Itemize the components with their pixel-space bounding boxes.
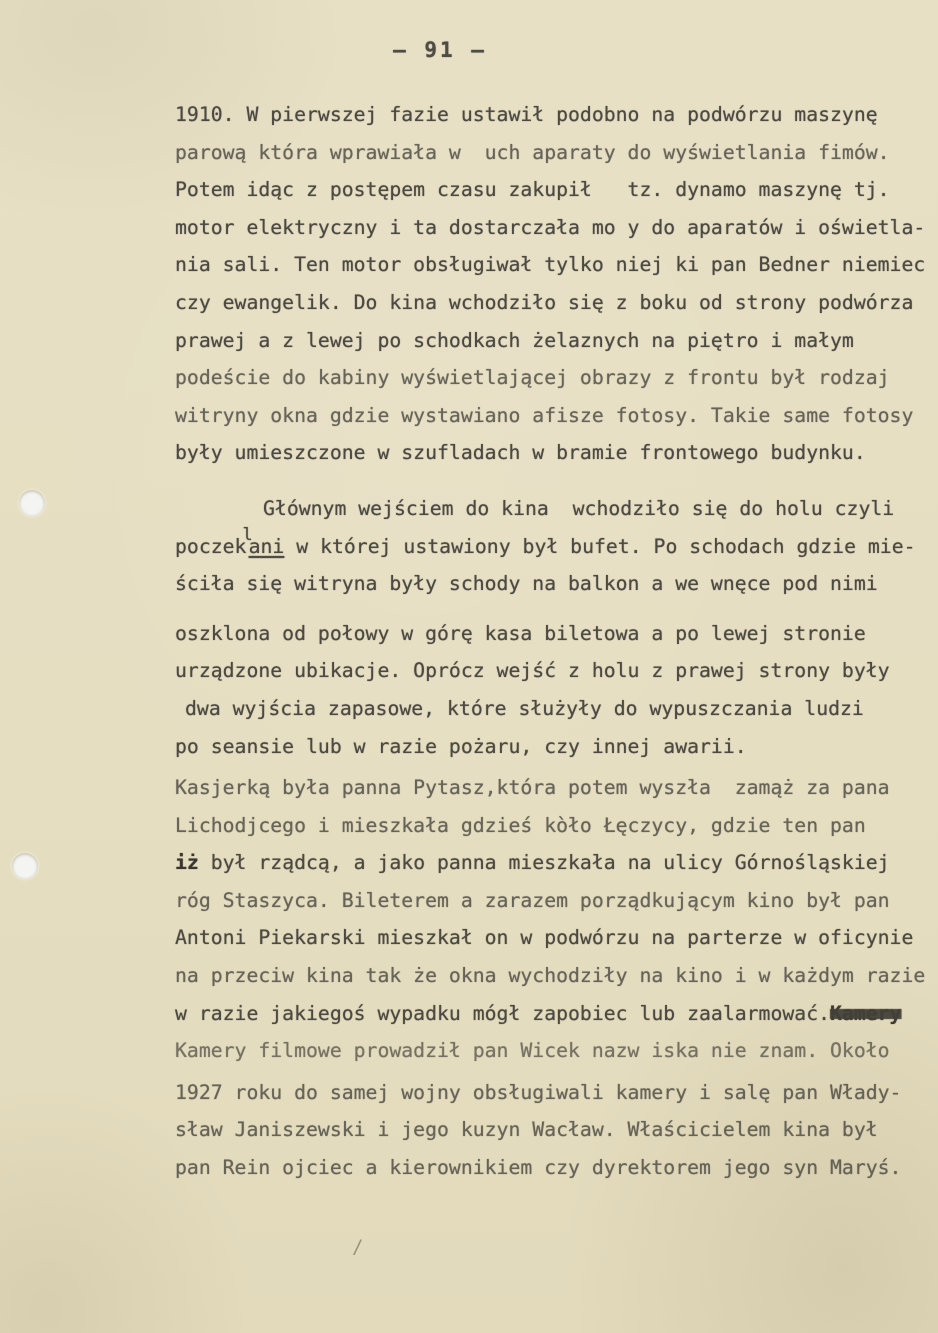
text-line: Lichodjcego i mieszkała gdzieś kòło Łęcz… — [175, 814, 921, 852]
text-line: urządzone ubikacje. Oprócz wejść z holu … — [175, 659, 921, 697]
text-line: Głównym wejściem do kina wchodziło się d… — [175, 497, 921, 535]
struck-word: Kamery — [830, 1002, 901, 1025]
text-line: po seansie lub w razie pożaru, czy innej… — [175, 735, 921, 773]
line-prefix: w razie jakiegoś wypadku mógł zapobiec l… — [175, 1002, 830, 1025]
text-line: motor elektryczny i ta dostarczała mo y … — [175, 216, 921, 254]
text-line: były umieszczone w szufladach w bramie f… — [175, 441, 921, 479]
text-line: róg Staszyca. Bileterem a zarazem porząd… — [175, 889, 921, 927]
hole-punch-bottom — [12, 853, 38, 879]
text-line: 1910. W pierwszej fazie ustawił podobno … — [175, 103, 921, 141]
scanned-typewritten-page: – 91 – 1910. W pierwszej fazie ustawił p… — [0, 0, 938, 1333]
page-number: – 91 – — [0, 38, 880, 62]
text-line: Potem idąc z postępem czasu zakupił tz. … — [175, 178, 921, 216]
text-line: nia sali. Ten motor obsługiwał tylko nie… — [175, 253, 921, 291]
typed-text-body: 1910. W pierwszej fazie ustawił podobno … — [175, 103, 921, 1194]
text-line: prawej a z lewej po schodkach żelaznych … — [175, 329, 921, 367]
text-line: oszklona od połowy w górę kasa biletowa … — [175, 622, 921, 660]
text-line: Kamery filmowe prowadził pan Wicek nazw … — [175, 1039, 921, 1077]
text-line: dwa wyjścia zapasowe, które służyły do w… — [175, 697, 921, 735]
inserted-letter: l — [242, 524, 252, 544]
text-line: parową która wprawiała w uch aparaty do … — [175, 141, 921, 179]
line-remainder: był rządcą, a jako panna mieszkała na ul… — [199, 851, 890, 874]
text-line: ściła się witryna były schody na balkon … — [175, 572, 921, 610]
text-line: na przeciw kina tak że okna wychodziły n… — [175, 964, 921, 1002]
text-line-with-insertion: poczeklani w której ustawiony był bufet.… — [175, 535, 921, 573]
word-prefix: poczek — [175, 535, 246, 558]
text-line: pan Rein ojciec a kierownikiem czy dyrek… — [175, 1156, 921, 1194]
text-line-with-correction: iż był rządcą, a jako panna mieszkała na… — [175, 851, 921, 889]
text-line: czy ewangelik. Do kina wchodziło się z b… — [175, 291, 921, 329]
overtyped-word: iż — [175, 851, 199, 874]
text-line: witryny okna gdzie wystawiano afisze fot… — [175, 404, 921, 442]
line-remainder: w której ustawiony był bufet. Po schodac… — [284, 535, 915, 558]
text-line: Kasjerką była panna Pytasz,która potem w… — [175, 776, 921, 814]
text-line: Antoni Piekarski mieszkał on w podwórzu … — [175, 926, 921, 964]
hole-punch-top — [19, 490, 45, 516]
text-line: 1927 roku do samej wojny obsługiwali kam… — [175, 1081, 921, 1119]
text-line-with-strikeout: w razie jakiegoś wypadku mógł zapobiec l… — [175, 1002, 921, 1040]
text-line: podeście do kabiny wyświetlającej obrazy… — [175, 366, 921, 404]
underlined-word: ani — [249, 535, 285, 558]
text-line: sław Janiszewski i jego kuzyn Wacław. Wł… — [175, 1118, 921, 1156]
stray-pen-mark: / — [352, 1236, 363, 1258]
